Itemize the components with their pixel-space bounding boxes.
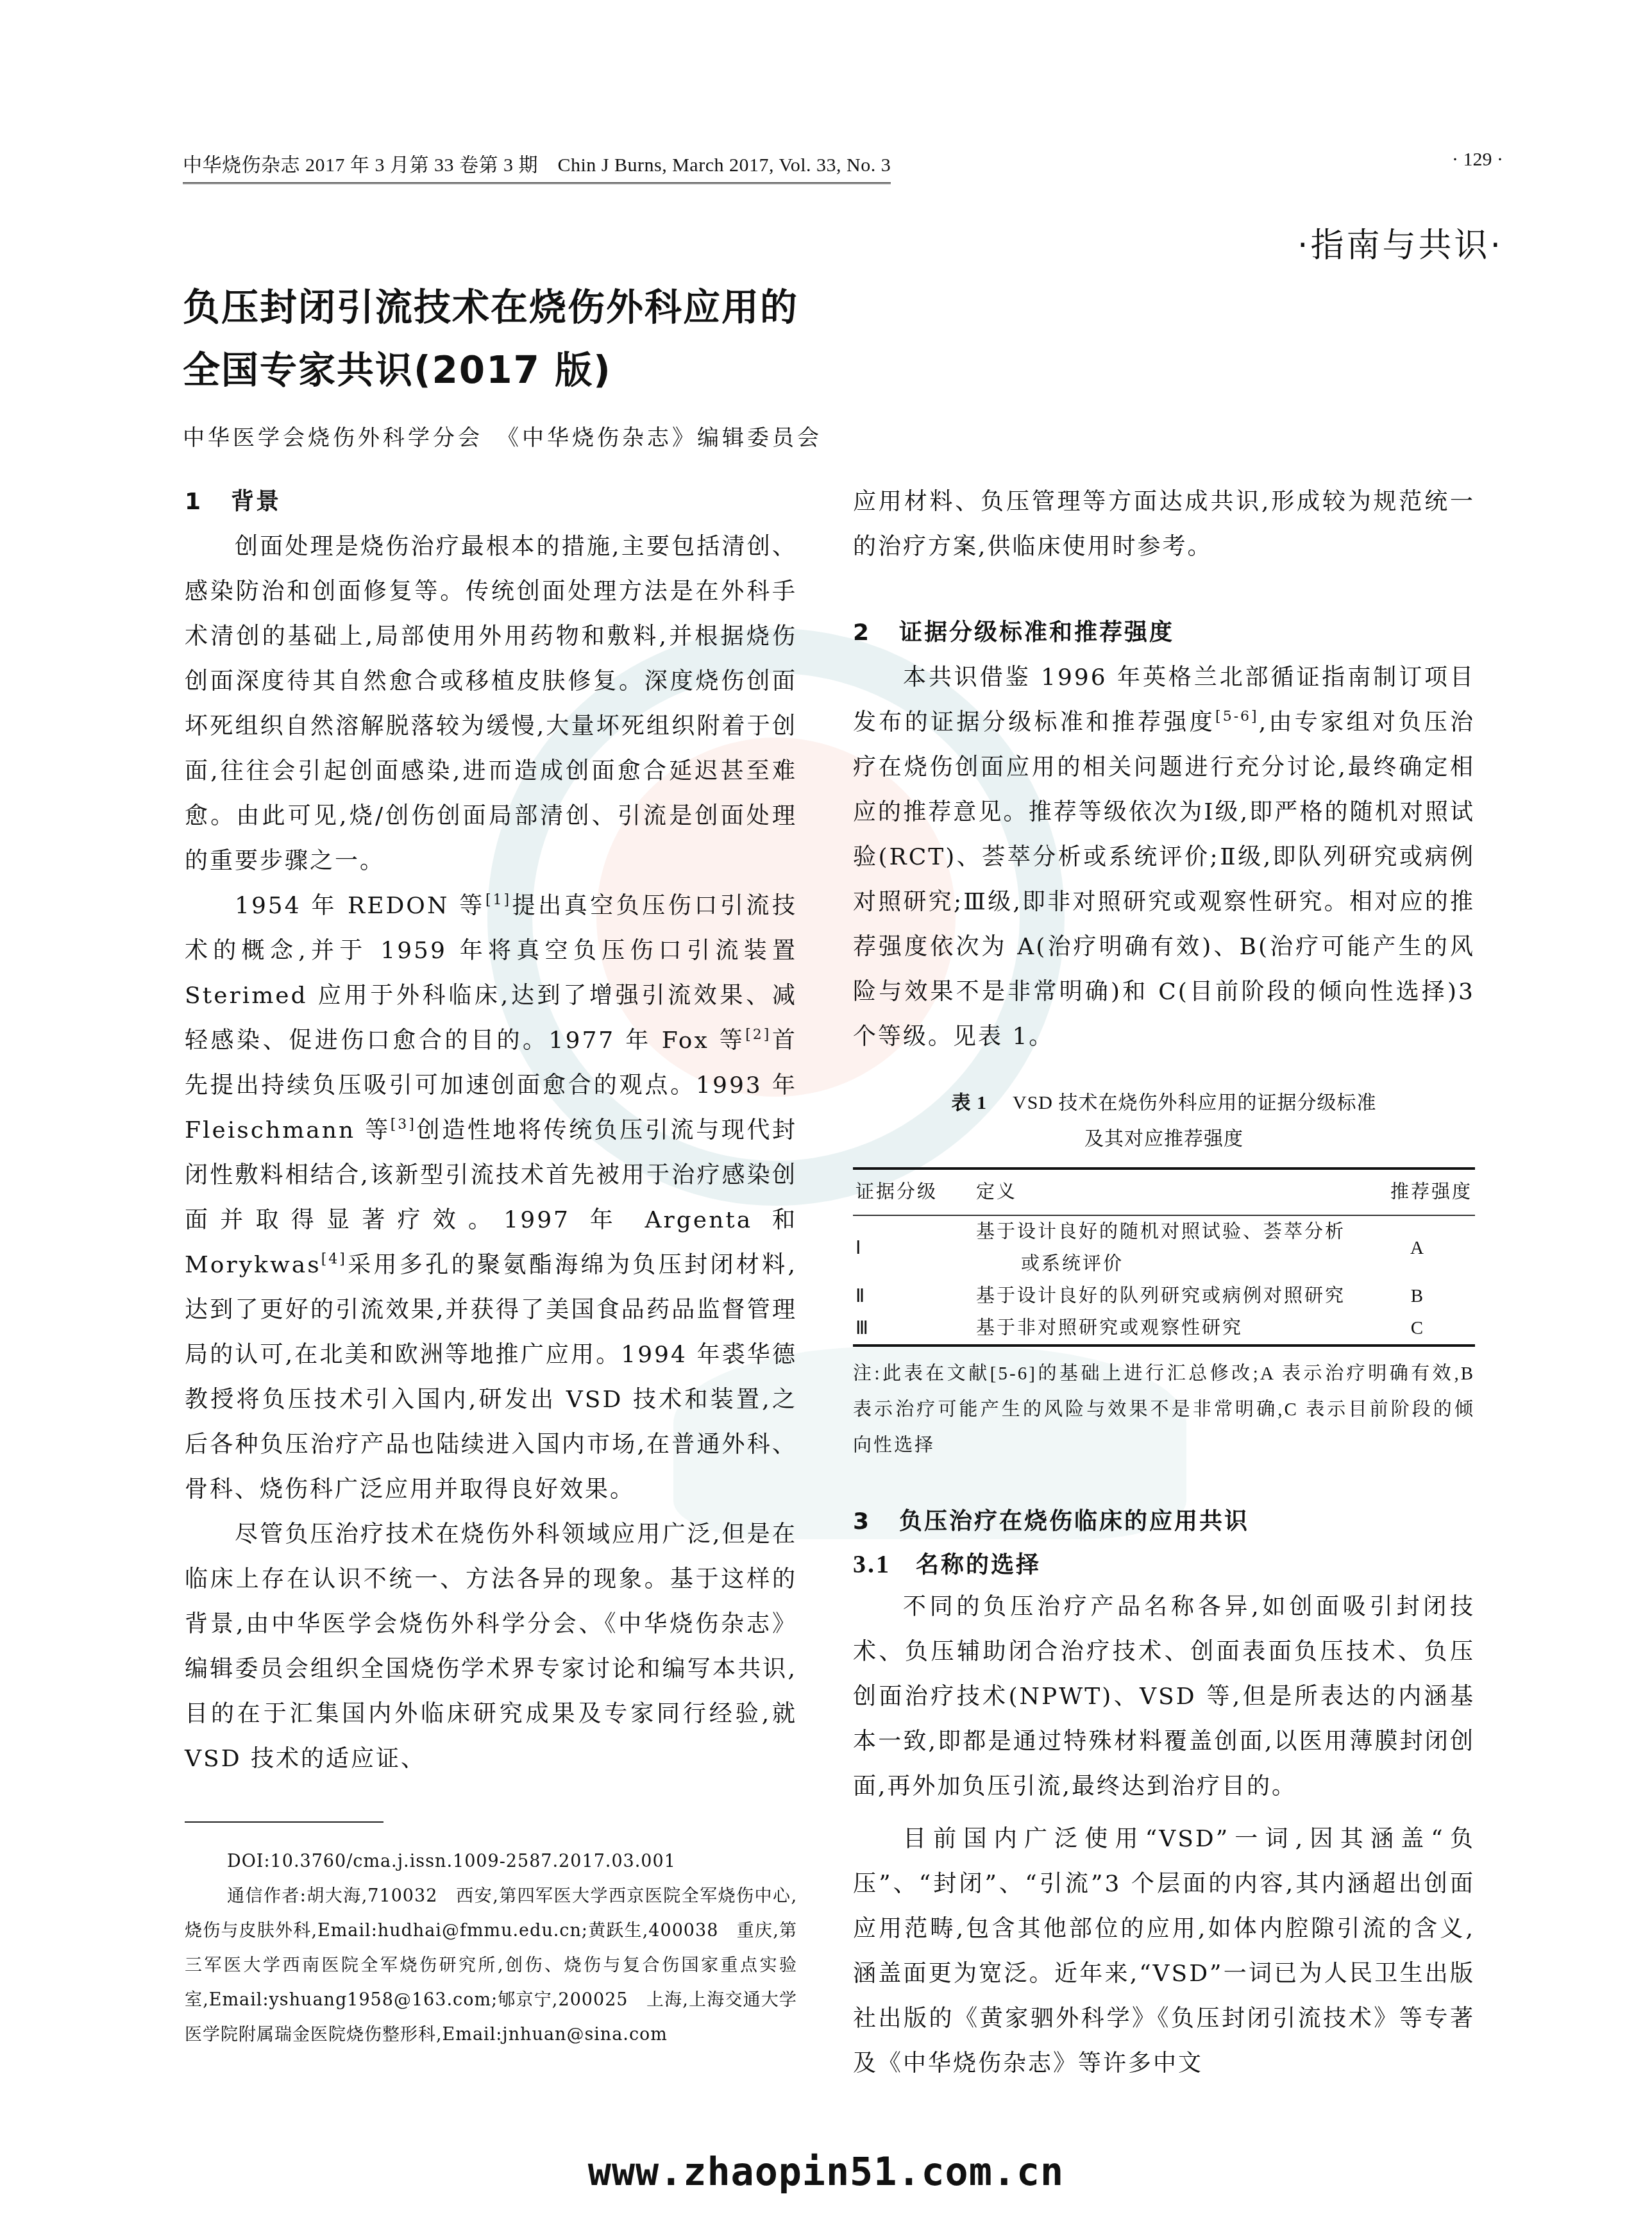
citation-link[interactable]: [2] — [745, 1027, 771, 1043]
evidence-level: Ⅱ — [853, 1280, 973, 1312]
table-note: 注:此表在文献[5-6]的基础上进行汇总修改;A 表示治疗明确有效,B 表示治疗… — [853, 1356, 1475, 1464]
definition: 基于设计良好的队列研究或病例对照研究 — [973, 1280, 1361, 1312]
section-number: 2 — [853, 611, 899, 655]
title-line-2: 全国专家共识(2017 版) — [183, 339, 798, 401]
recommendation-strength: B — [1361, 1280, 1475, 1312]
table-row: Ⅲ 基于非对照研究或观察性研究 C — [853, 1312, 1475, 1346]
definition: 基于非对照研究或观察性研究 — [973, 1312, 1361, 1346]
table-header-row: 证据分级 定义 推荐强度 — [853, 1169, 1475, 1215]
column-header: 证据分级 — [853, 1169, 973, 1215]
column-tag: ·指南与共识· — [1297, 218, 1503, 266]
footnotes: DOI:10.3760/cma.j.issn.1009-2587.2017.03… — [185, 1844, 797, 2052]
section-3-heading: 3负压治疗在烧伤临床的应用共识 — [853, 1499, 1475, 1544]
evidence-level: Ⅲ — [853, 1312, 973, 1346]
paragraph: 尽管负压治疗技术在烧伤外科领域应用广泛,但是在临床上存在认识不统一、方法各异的现… — [185, 1512, 797, 1782]
right-column: 应用材料、负压管理等方面达成共识,形成较为规范统一的治疗方案,供临床使用时参考。… — [853, 480, 1475, 2086]
subsection-title: 名称的选择 — [916, 1551, 1041, 1578]
section-number: 3 — [853, 1499, 899, 1544]
left-column: 1背景 创面处理是烧伤治疗最根本的措施,主要包括清创、感染防治和创面修复等。传统… — [185, 480, 797, 2052]
section-3-1-heading: 3.1名称的选择 — [853, 1544, 1475, 1585]
article-title: 负压封闭引流技术在烧伤外科应用的 全国专家共识(2017 版) — [183, 276, 798, 401]
citation-link[interactable]: [1] — [485, 892, 511, 908]
definition: 基于设计良好的随机对照试验、荟萃分析 或系统评价 — [973, 1215, 1361, 1280]
paragraph: 目前国内广泛使用“VSD”一词,因其涵盖“负压”、“封闭”、“引流”3 个层面的… — [853, 1817, 1475, 2086]
paragraph-continuation: 应用材料、负压管理等方面达成共识,形成较为规范统一的治疗方案,供临床使用时参考。 — [853, 480, 1475, 570]
section-title: 证据分级标准和推荐强度 — [899, 620, 1174, 646]
citation-link[interactable]: [3] — [391, 1117, 416, 1133]
section-number: 1 — [185, 480, 231, 525]
table-row: Ⅰ 基于设计良好的随机对照试验、荟萃分析 或系统评价 A — [853, 1215, 1475, 1280]
evidence-level: Ⅰ — [853, 1215, 973, 1280]
subsection-number: 3.1 — [853, 1544, 916, 1584]
citation-link[interactable]: [5-6] — [1215, 709, 1259, 725]
recommendation-strength: C — [1361, 1312, 1475, 1346]
table-row: Ⅱ 基于设计良好的队列研究或病例对照研究 B — [853, 1280, 1475, 1312]
column-header: 定义 — [973, 1169, 1361, 1215]
table-caption: 表 1VSD 技术在烧伤外科应用的证据分级标准 及其对应推荐强度 — [853, 1085, 1475, 1157]
paragraph: 不同的负压治疗产品名称各异,如创面吸引封闭技术、负压辅助闭合治疗技术、创面表面负… — [853, 1585, 1475, 1809]
authors: 中华医学会烧伤外科学分会 《中华烧伤杂志》编辑委员会 — [183, 420, 822, 452]
paragraph: 创面处理是烧伤治疗最根本的措施,主要包括清创、感染防治和创面修复等。传统创面处理… — [185, 525, 797, 884]
citation-link[interactable]: [4] — [321, 1251, 347, 1267]
paragraph-history: 1954 年 REDON 等[1]提出真空负压伤口引流技术的概念,并于 1959… — [185, 884, 797, 1512]
paragraph-evidence: 本共识借鉴 1996 年英格兰北部循证指南制订项目发布的证据分级标准和推荐强度[… — [853, 655, 1475, 1059]
section-2-heading: 2证据分级标准和推荐强度 — [853, 611, 1475, 655]
section-1-heading: 1背景 — [185, 480, 797, 525]
evidence-table: 证据分级 定义 推荐强度 Ⅰ 基于设计良好的随机对照试验、荟萃分析 或系统评价 … — [853, 1167, 1475, 1347]
title-line-1: 负压封闭引流技术在烧伤外科应用的 — [183, 276, 798, 339]
section-title: 负压治疗在烧伤临床的应用共识 — [899, 1508, 1249, 1535]
doi[interactable]: DOI:10.3760/cma.j.issn.1009-2587.2017.03… — [185, 1844, 797, 1879]
footnote-divider — [185, 1821, 383, 1823]
page-number: · 129 · — [1452, 149, 1503, 171]
section-title: 背景 — [231, 489, 281, 515]
recommendation-strength: A — [1361, 1215, 1475, 1280]
running-head: 中华烧伤杂志 2017 年 3 月第 33 卷第 3 期 Chin J Burn… — [183, 149, 891, 184]
correspondence: 通信作者:胡大海,710032 西安,第四军医大学西京医院全军烧伤中心,烧伤与皮… — [185, 1879, 797, 2052]
site-watermark: www.zhaopin51.com.cn — [0, 2150, 1652, 2195]
column-header: 推荐强度 — [1361, 1169, 1475, 1215]
table-label: 表 1 — [951, 1092, 987, 1113]
